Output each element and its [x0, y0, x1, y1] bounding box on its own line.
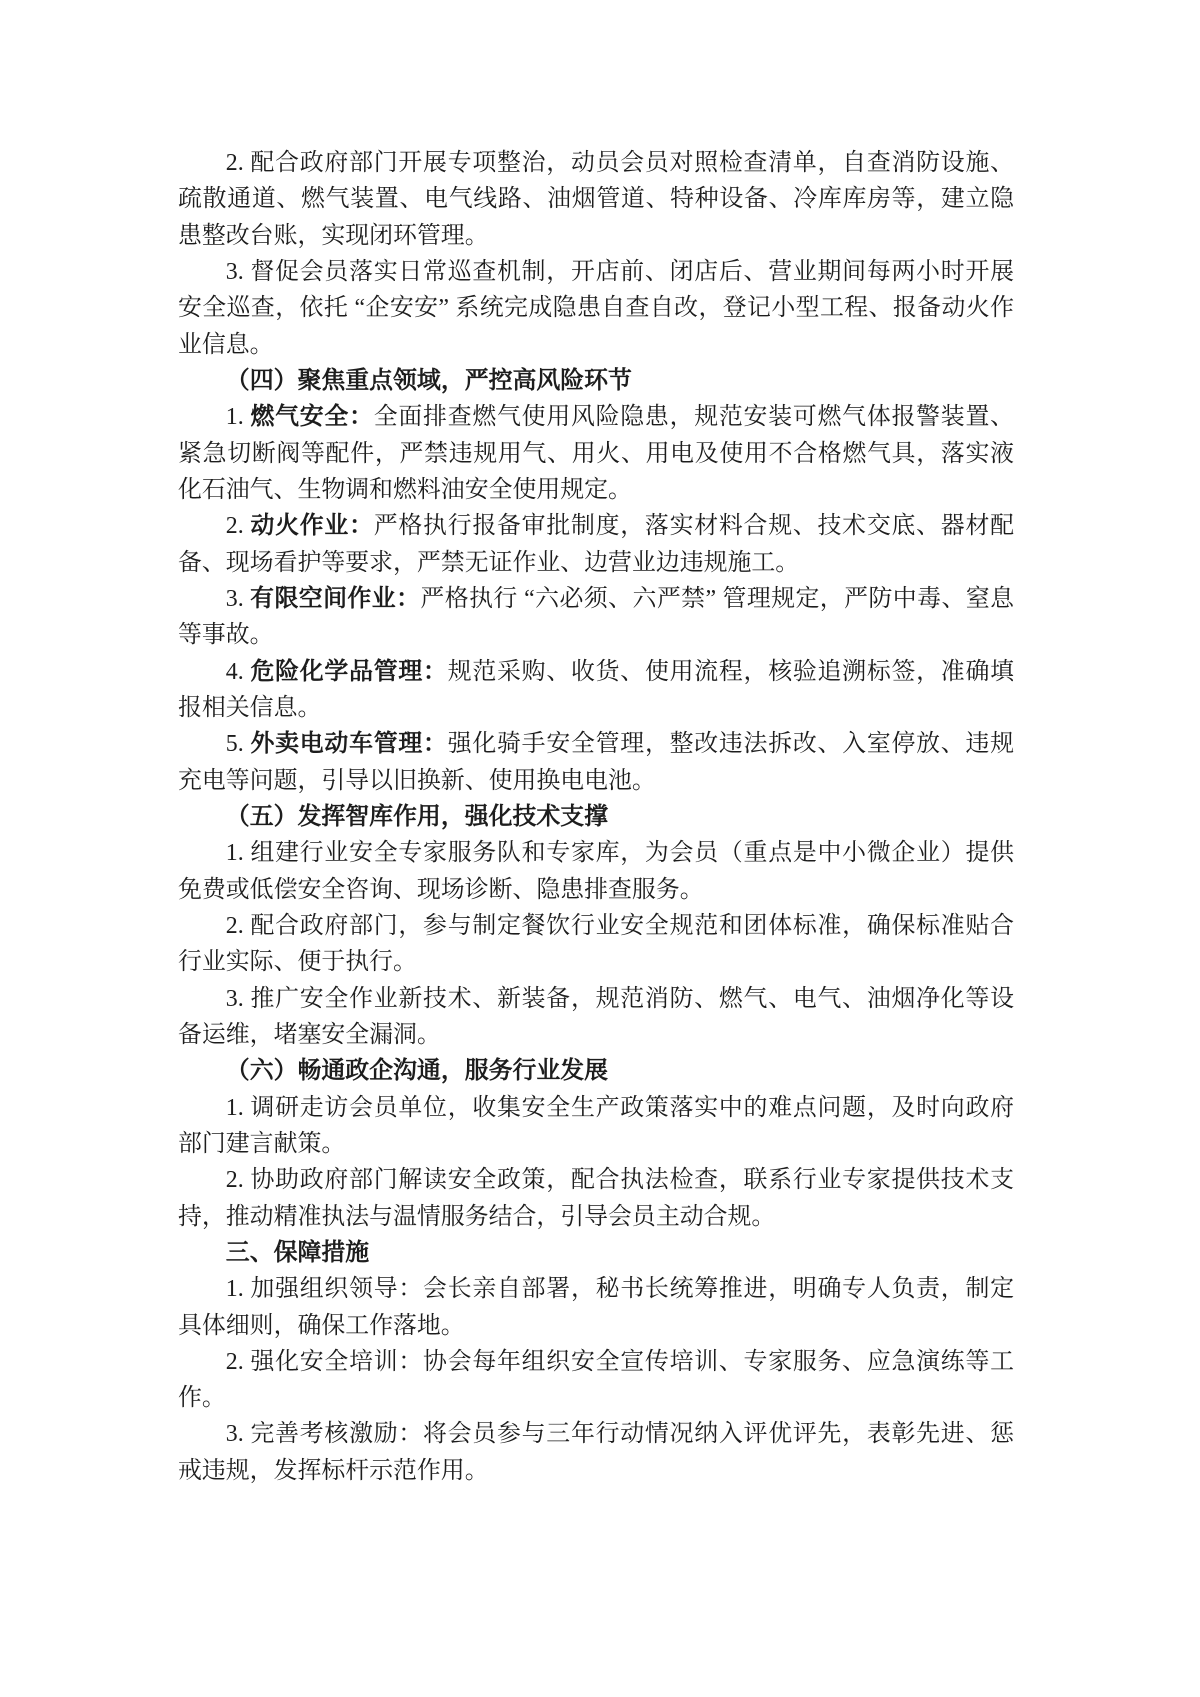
paragraph: 2. 配合政府部门，参与制定餐饮行业安全规范和团体标准，确保标准贴合行业实际、便…: [178, 908, 1014, 981]
paragraph: 5. 外卖电动车管理：强化骑手安全管理，整改违法拆改、入室停放、违规充电等问题，…: [178, 726, 1014, 799]
paragraph: 1. 燃气安全：全面排查燃气使用风险隐患，规范安装可燃气体报警装置、紧急切断阀等…: [178, 399, 1014, 508]
text-run: 5.: [226, 731, 251, 757]
text-run: 1. 调研走访会员单位，收集安全生产政策落实中的难点问题，及时向政府部门建言献策…: [178, 1095, 1014, 1157]
paragraph: 1. 组建行业安全专家服务队和专家库，为会员（重点是中小微企业）提供免费或低偿安…: [178, 835, 1014, 908]
paragraph: 2. 动火作业：严格执行报备审批制度，落实材料合规、技术交底、器材配备、现场看护…: [178, 508, 1014, 581]
paragraph: 2. 协助政府部门解读安全政策，配合执法检查，联系行业专家提供技术支持，推动精准…: [178, 1162, 1014, 1235]
paragraph: 4. 危险化学品管理：规范采购、收货、使用流程，核验追溯标签，准确填报相关信息。: [178, 654, 1014, 727]
text-run: 4.: [226, 659, 251, 685]
text-run: 1. 组建行业安全专家服务队和专家库，为会员（重点是中小微企业）提供免费或低偿安…: [178, 840, 1014, 902]
bold-text-run: （六）畅通政企沟通，服务行业发展: [226, 1058, 608, 1084]
bold-text-run: 动火作业：: [250, 513, 373, 539]
paragraph: 3. 完善考核激励：将会员参与三年行动情况纳入评优评先，表彰先进、惩戒违规，发挥…: [178, 1416, 1014, 1489]
bold-text-run: 外卖电动车管理：: [250, 731, 447, 757]
text-run: 2. 强化安全培训：协会每年组织安全宣传培训、专家服务、应急演练等工作。: [178, 1349, 1014, 1411]
bold-text-run: 燃气安全：: [250, 404, 373, 430]
text-run: 1.: [226, 404, 251, 430]
section-heading: （四）聚焦重点领域，严控高风险环节: [178, 363, 1014, 399]
bold-text-run: （四）聚焦重点领域，严控高风险环节: [226, 368, 632, 394]
paragraph: 1. 调研走访会员单位，收集安全生产政策落实中的难点问题，及时向政府部门建言献策…: [178, 1090, 1014, 1163]
text-run: 2. 配合政府部门开展专项整治，动员会员对照检查清单，自查消防设施、疏散通道、燃…: [178, 150, 1014, 249]
paragraph: 2. 配合政府部门开展专项整治，动员会员对照检查清单，自查消防设施、疏散通道、燃…: [178, 145, 1014, 254]
paragraph: 1. 加强组织领导：会长亲自部署，秘书长统筹推进，明确专人负责，制定具体细则，确…: [178, 1271, 1014, 1344]
text-run: 2. 协助政府部门解读安全政策，配合执法检查，联系行业专家提供技术支持，推动精准…: [178, 1167, 1014, 1229]
text-run: 3. 完善考核激励：将会员参与三年行动情况纳入评优评先，表彰先进、惩戒违规，发挥…: [178, 1421, 1014, 1483]
bold-text-run: 危险化学品管理：: [250, 659, 447, 685]
paragraph: 3. 有限空间作业：严格执行 “六必须、六严禁” 管理规定，严防中毒、窒息等事故…: [178, 581, 1014, 654]
text-run: 3. 督促会员落实日常巡查机制，开店前、闭店后、营业期间每两小时开展安全巡查，依…: [178, 259, 1014, 358]
text-run: 3.: [226, 586, 250, 612]
bold-text-run: （五）发挥智库作用，强化技术支撑: [226, 804, 608, 830]
text-run: 3. 推广安全作业新技术、新装备，规范消防、燃气、电气、油烟净化等设备运维，堵塞…: [178, 986, 1014, 1048]
section-heading: （六）畅通政企沟通，服务行业发展: [178, 1053, 1014, 1089]
text-run: 1. 加强组织领导：会长亲自部署，秘书长统筹推进，明确专人负责，制定具体细则，确…: [178, 1276, 1014, 1338]
section-heading: （五）发挥智库作用，强化技术支撑: [178, 799, 1014, 835]
paragraph: 2. 强化安全培训：协会每年组织安全宣传培训、专家服务、应急演练等工作。: [178, 1344, 1014, 1417]
paragraph: 3. 督促会员落实日常巡查机制，开店前、闭店后、营业期间每两小时开展安全巡查，依…: [178, 254, 1014, 363]
paragraph: 3. 推广安全作业新技术、新装备，规范消防、燃气、电气、油烟净化等设备运维，堵塞…: [178, 981, 1014, 1054]
text-run: 2.: [226, 513, 251, 539]
bold-text-run: 三、保障措施: [226, 1240, 369, 1266]
section-heading: 三、保障措施: [178, 1235, 1014, 1271]
text-run: 2. 配合政府部门，参与制定餐饮行业安全规范和团体标准，确保标准贴合行业实际、便…: [178, 913, 1014, 975]
document-body: 2. 配合政府部门开展专项整治，动员会员对照检查清单，自查消防设施、疏散通道、燃…: [178, 145, 1014, 1489]
document-page: 2. 配合政府部门开展专项整治，动员会员对照检查清单，自查消防设施、疏散通道、燃…: [0, 0, 1200, 1697]
bold-text-run: 有限空间作业：: [250, 586, 420, 612]
